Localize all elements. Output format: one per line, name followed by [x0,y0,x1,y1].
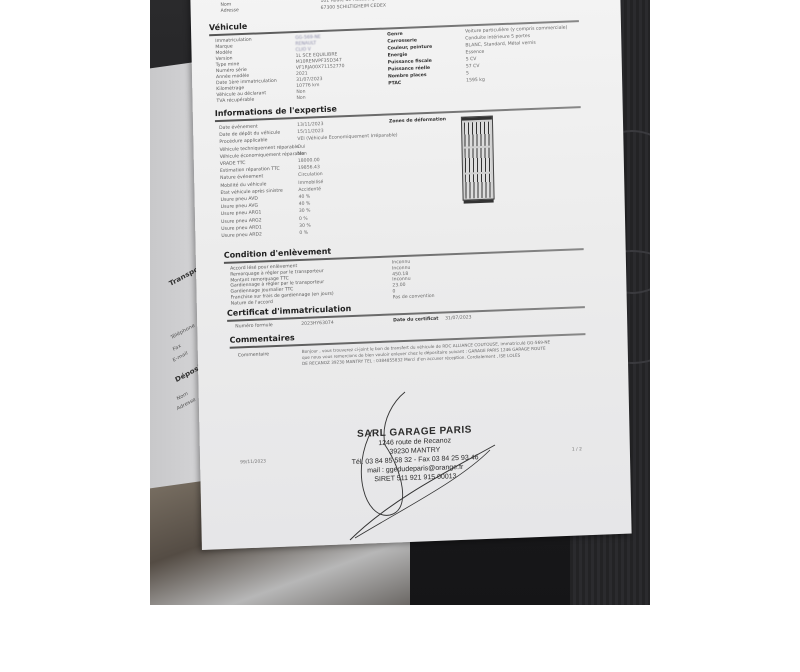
field-label: Etat véhicule après sinistre [220,188,282,195]
field-label: Energie [388,53,408,59]
field-value: RENAULT [295,41,316,47]
field-label: Date événement [219,125,258,131]
field-value: Essence [465,50,484,56]
field-value: Oui [297,144,305,149]
field-value: BLANC, Standard, Métal vernis [465,41,535,49]
field-label: Estimation réparation TTC [220,167,280,174]
field-label: Usure pneu AVG [221,204,258,210]
field-label: TVA récupérable [216,98,254,104]
field-label: Carrosserie [387,38,417,44]
deformation-label: Zones de déformation [389,117,446,124]
field-value: 30 % [299,209,311,214]
field-value: Non [298,151,307,156]
footer-date: 99/11/2023 [240,459,266,465]
formula-label: Numéro formule [235,323,273,329]
field-value: 40 % [299,195,311,200]
field-value: Inconnu [392,260,410,266]
page-number: 1 / 2 [572,447,582,452]
section-title-vehicle: Véhicule [209,22,247,32]
field-value: 2021 [296,72,308,77]
field-value: VF1RJA00X71152770 [296,64,345,71]
underlying-label: Téléphone [170,323,196,341]
field-label: Nature événement [220,175,263,182]
field-value: Pas de convention [393,294,435,301]
field-value: GG-569-NE [295,35,321,41]
field-value: 30 % [299,223,311,228]
field-label: Procédure applicable [219,139,267,146]
field-value: Inconnu [392,277,410,283]
field-label: VRADE TTC [220,161,246,167]
header-label: Adresse [221,8,239,14]
field-label: Date 1ère immatriculation [216,79,277,86]
field-label: Modèle [215,50,232,56]
field-value: Voiture particulière (y compris commerci… [465,26,567,35]
company-stamp: SARL GARAGE PARIS 1246 route de Recanoz … [329,423,500,486]
header-label: Nom [220,2,231,7]
field-value: 0 % [299,231,308,236]
field-label: Type mine [216,62,240,68]
field-value: 13/11/2023 [297,122,324,128]
field-label: PTAC [388,81,401,87]
field-label: Nombre places [388,73,427,79]
field-label: Puissance réelle [388,66,430,73]
field-value: 0 [392,289,395,294]
field-label: Genre [387,32,403,38]
field-value: CLIO V [295,47,310,53]
field-label: Véhicule au déclarant [216,91,266,98]
field-value: Inconnu [392,266,410,272]
field-value: VEI (Véhicule Economiquement Irréparable… [297,134,397,143]
field-value: 57 CV [466,64,480,70]
underlying-label: Fax [172,343,182,353]
car-damage-diagram-icon [461,115,495,200]
field-value: 10776 km [296,83,319,89]
field-value: 1595 kg [466,78,485,84]
certificate-date-value: 31/07/2023 [445,315,472,321]
field-label: Mobilité du véhicule [220,182,266,189]
field-value: 15/11/2023 [297,129,324,135]
certificate-date-label: Date du certificat [393,317,438,324]
field-value: 23.00 [392,283,405,289]
field-label: Véhicule économiquement réparable [220,152,305,160]
field-label: Usure pneu ARD2 [221,232,262,239]
section-title-comments: Commentaires [229,333,294,345]
expertise-report-page: Nom Adresse 101 Route de Hausbergen 6730… [190,0,632,550]
field-label: Usure pneu ARG1 [221,211,262,218]
field-value: 0 % [299,216,308,221]
field-label: Puissance fiscale [388,59,432,66]
field-value: Non [296,90,305,95]
field-value: 19856.43 [298,165,320,171]
field-value: 5 [466,71,469,76]
field-label: Usure pneu ARG2 [221,218,262,225]
field-value: 18000.00 [298,158,320,164]
formula-value: 2023HY63074 [301,321,334,327]
field-value: 40 % [299,202,311,207]
field-value: 5 CV [466,57,477,62]
field-label: Couleur, peinture [387,45,432,52]
field-label: Nature de l'accord [231,300,273,307]
field-label: Immatriculation [215,38,251,44]
field-label: Version [216,56,233,62]
field-label: Date de dépôt du véhicule [219,131,280,138]
field-value: Circulation [298,172,323,178]
field-label: Usure pneu ARD1 [221,225,262,232]
field-value: Immobilisé [298,180,323,186]
field-label: Marque [215,44,232,50]
field-value: Accidenté [298,187,321,193]
field-value: Non [296,96,305,101]
comment-label: Commentaire [238,352,269,358]
field-label: Usure pneu AVD [221,197,258,203]
address-line: 67300 SCHILTIGHEIM CEDEX [321,3,387,11]
document-photo: Transporteur Téléphone Fax E-mail Déposi… [150,0,650,605]
field-value: 31/07/2023 [296,77,323,83]
